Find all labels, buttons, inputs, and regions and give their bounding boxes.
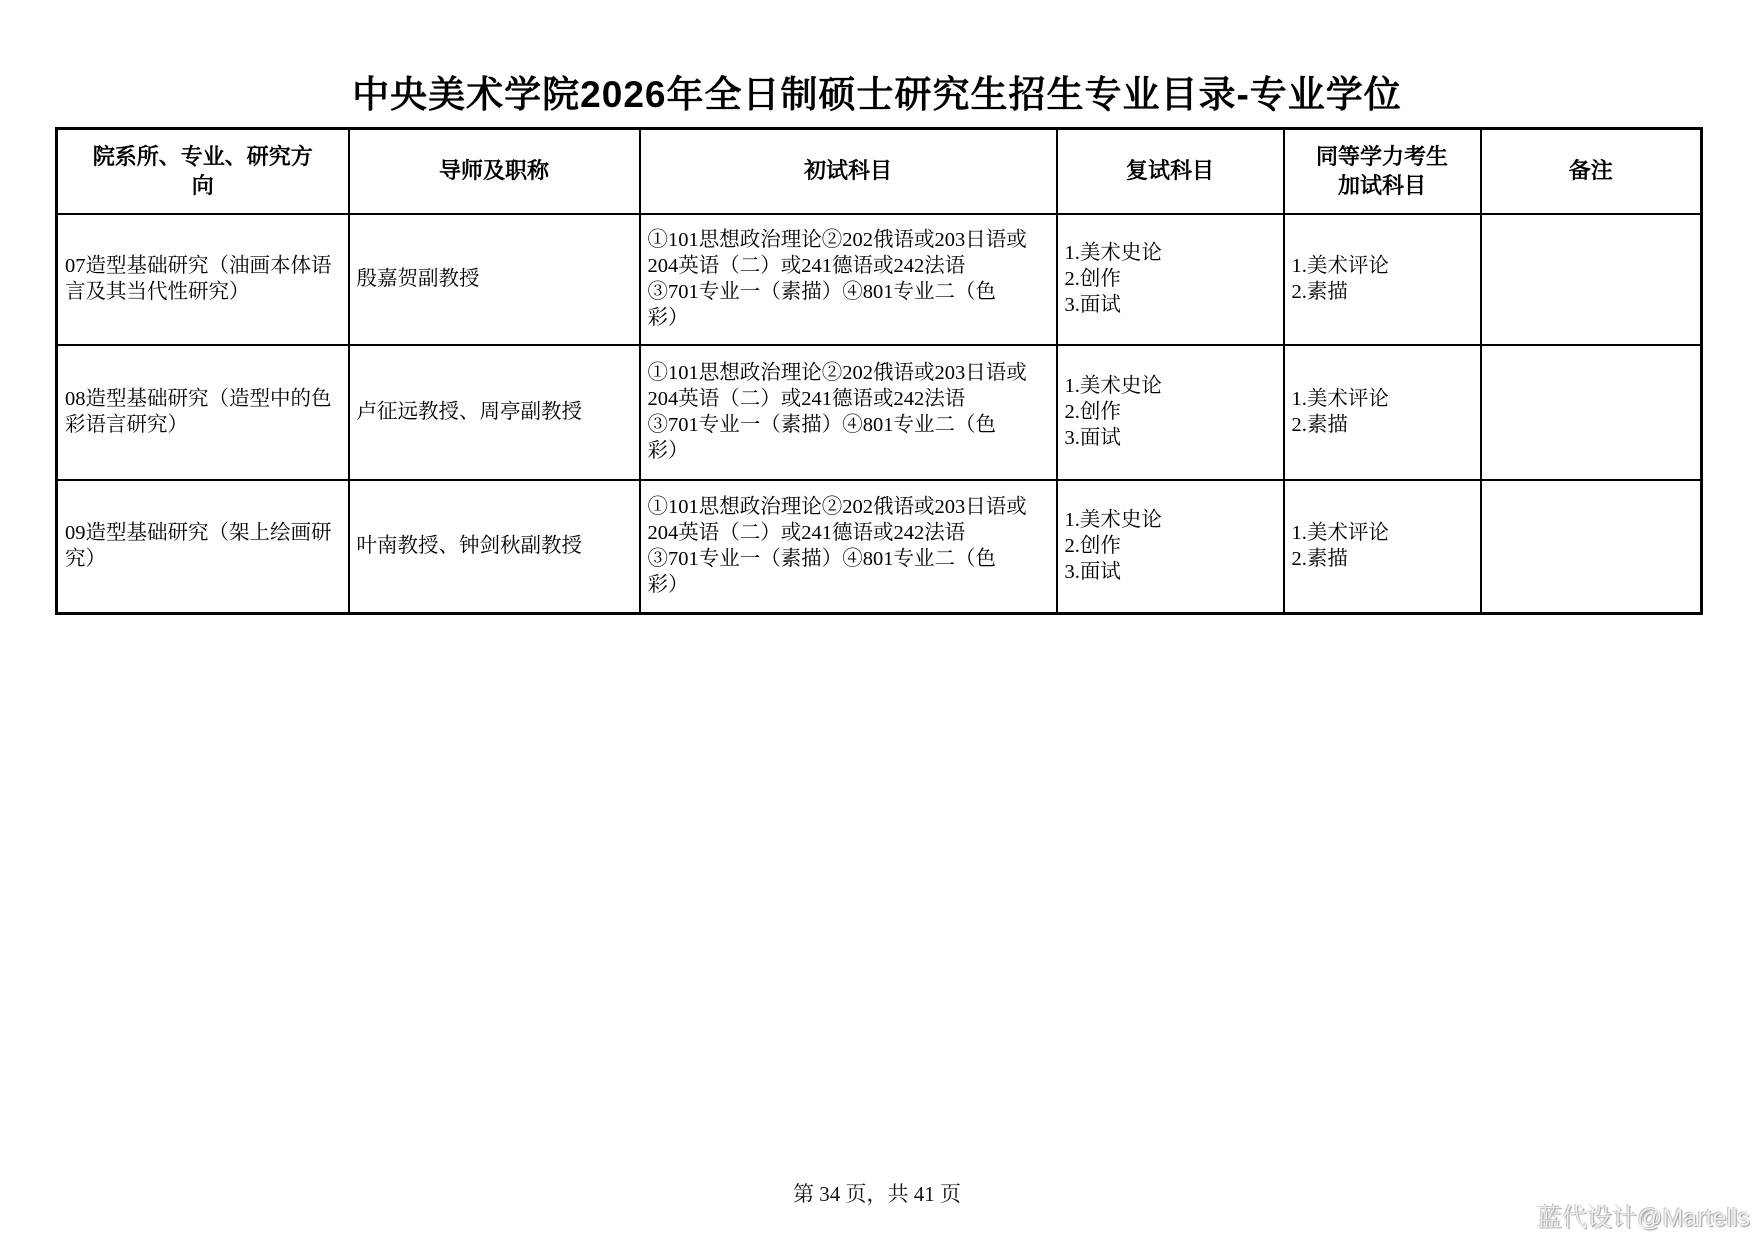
cell-department-direction: 07造型基础研究（油画本体语言及其当代性研究）: [57, 214, 349, 345]
cell-department-direction: 09造型基础研究（架上绘画研究）: [57, 480, 349, 614]
cell-additional-exam: 1.美术评论 2.素描: [1284, 345, 1481, 480]
page-title: 中央美术学院2026年全日制硕士研究生招生专业目录-专业学位: [0, 64, 1754, 118]
cell-additional-exam: 1.美术评论 2.素描: [1284, 214, 1481, 345]
cell-initial-exam: ①101思想政治理论②202俄语或203日语或 204英语（二）或241德语或2…: [640, 480, 1057, 614]
cell-advisor: 殷嘉贺副教授: [349, 214, 640, 345]
watermark: 蓝代设计@Martells: [1537, 1198, 1750, 1234]
column-header-retest-exam: 复试科目: [1057, 129, 1284, 214]
cell-advisor: 叶南教授、钟剑秋副教授: [349, 480, 640, 614]
cell-initial-exam: ①101思想政治理论②202俄语或203日语或 204英语（二）或241德语或2…: [640, 345, 1057, 480]
table-row: 07造型基础研究（油画本体语言及其当代性研究） 殷嘉贺副教授 ①101思想政治理…: [57, 214, 1702, 345]
column-header-advisor: 导师及职称: [349, 129, 640, 214]
column-header-additional-exam: 同等学力考生 加试科目: [1284, 129, 1481, 214]
table-row: 09造型基础研究（架上绘画研究） 叶南教授、钟剑秋副教授 ①101思想政治理论②…: [57, 480, 1702, 614]
cell-retest-exam: 1.美术史论 2.创作 3.面试: [1057, 214, 1284, 345]
cell-notes: [1481, 214, 1702, 345]
column-header-initial-exam: 初试科目: [640, 129, 1057, 214]
cell-initial-exam: ①101思想政治理论②202俄语或203日语或 204英语（二）或241德语或2…: [640, 214, 1057, 345]
column-header-department-direction: 院系所、专业、研究方 向: [57, 129, 349, 214]
cell-notes: [1481, 480, 1702, 614]
page-number: 第 34 页，共 41 页: [0, 1178, 1754, 1208]
table-header-row: 院系所、专业、研究方 向 导师及职称 初试科目 复试科目 同等学力考生 加试科目…: [57, 129, 1702, 214]
cell-advisor: 卢征远教授、周亭副教授: [349, 345, 640, 480]
admission-catalog-table: 院系所、专业、研究方 向 导师及职称 初试科目 复试科目 同等学力考生 加试科目…: [55, 127, 1703, 615]
cell-retest-exam: 1.美术史论 2.创作 3.面试: [1057, 480, 1284, 614]
column-header-notes: 备注: [1481, 129, 1702, 214]
document-page: 中央美术学院2026年全日制硕士研究生招生专业目录-专业学位 院系所、专业、研究…: [0, 0, 1754, 1240]
cell-retest-exam: 1.美术史论 2.创作 3.面试: [1057, 345, 1284, 480]
cell-notes: [1481, 345, 1702, 480]
cell-department-direction: 08造型基础研究（造型中的色彩语言研究）: [57, 345, 349, 480]
cell-additional-exam: 1.美术评论 2.素描: [1284, 480, 1481, 614]
table-row: 08造型基础研究（造型中的色彩语言研究） 卢征远教授、周亭副教授 ①101思想政…: [57, 345, 1702, 480]
